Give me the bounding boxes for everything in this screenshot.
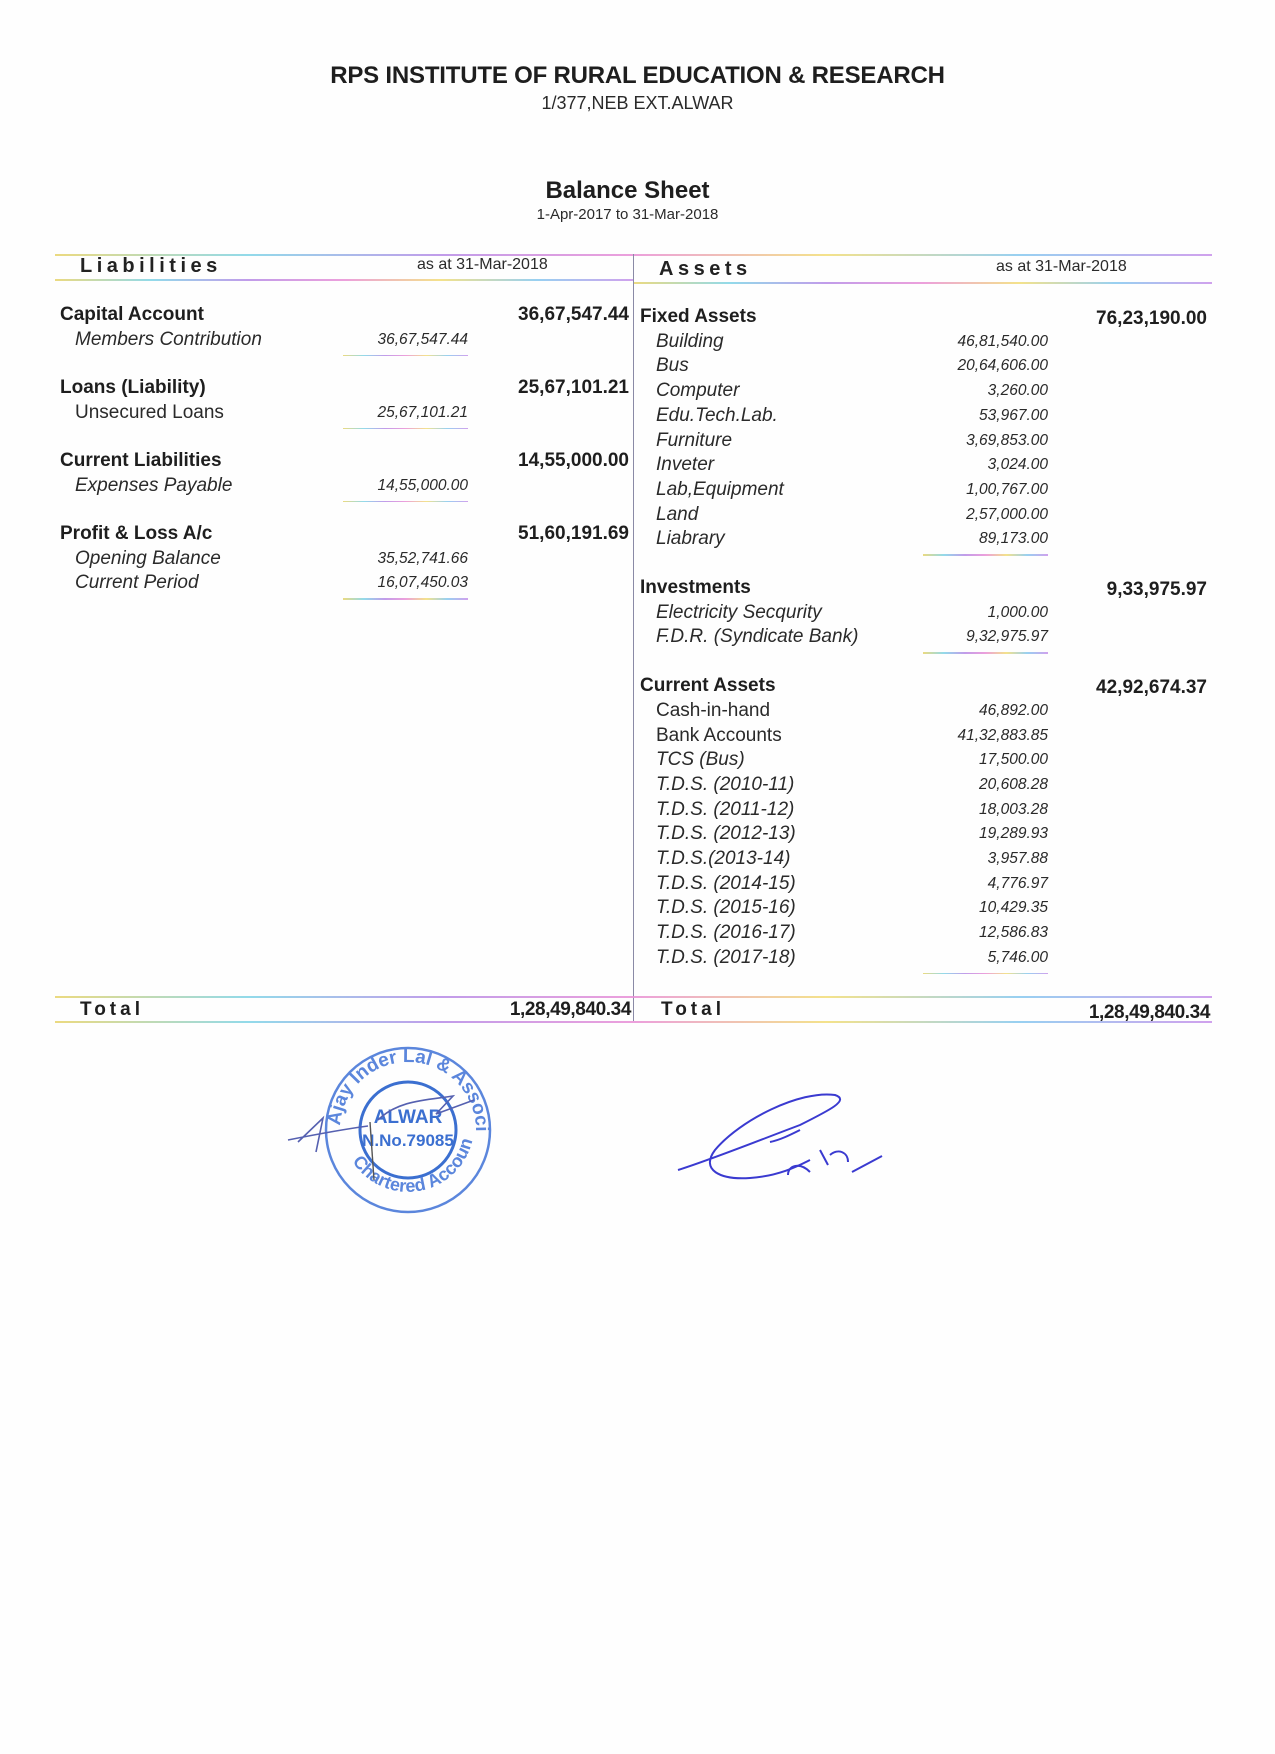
stamp-city: ALWAR xyxy=(374,1107,443,1128)
assets-item-amount: 46,81,540.00 xyxy=(957,333,1048,351)
assets-item-name: T.D.S. (2015-16) xyxy=(656,897,796,919)
assets-item-amount: 89,173.00 xyxy=(979,530,1048,548)
liabilities-item-name: Current Period xyxy=(75,572,199,594)
assets-item-amount: 3,024.00 xyxy=(988,456,1048,474)
signature xyxy=(670,1080,890,1190)
total-bottom-rule xyxy=(55,1021,1212,1023)
assets-item-amount: 46,892.00 xyxy=(979,702,1048,720)
assets-total-label: Total xyxy=(661,999,725,1021)
liabilities-subtotal-rule xyxy=(343,428,468,430)
assets-group-amount: 76,23,190.00 xyxy=(1096,308,1207,330)
assets-group-name: Investments xyxy=(640,577,751,599)
liabilities-group-amount: 14,55,000.00 xyxy=(518,450,629,472)
assets-item-name: Electricity Secqurity xyxy=(656,602,822,624)
assets-item-name: T.D.S. (2010-11) xyxy=(656,774,794,796)
assets-item-amount: 5,746.00 xyxy=(988,949,1048,967)
liabilities-item-amount: 14,55,000.00 xyxy=(377,477,468,495)
liabilities-subtotal-rule xyxy=(343,501,468,503)
column-divider xyxy=(633,254,634,1021)
assets-item-name: Bank Accounts xyxy=(656,725,782,747)
assets-item-name: Edu.Tech.Lab. xyxy=(656,405,778,427)
document-period: 1-Apr-2017 to 31-Mar-2018 xyxy=(0,206,1255,223)
assets-item-amount: 9,32,975.97 xyxy=(966,628,1048,646)
assets-item-name: T.D.S. (2017-18) xyxy=(656,947,796,969)
assets-item-name: T.D.S. (2012-13) xyxy=(656,823,796,845)
assets-item-name: T.D.S. (2016-17) xyxy=(656,922,796,944)
organization-name: RPS INSTITUTE OF RURAL EDUCATION & RESEA… xyxy=(0,62,1275,90)
assets-item-name: F.D.R. (Syndicate Bank) xyxy=(656,626,858,648)
liabilities-item-amount: 35,52,741.66 xyxy=(377,550,468,568)
auditor-stamp: Ajay Inder Lal & Associates Chartered Ac… xyxy=(278,1030,538,1220)
assets-item-amount: 20,64,606.00 xyxy=(957,357,1048,375)
organization-address: 1/377,NEB EXT.ALWAR xyxy=(0,93,1275,114)
assets-group-name: Fixed Assets xyxy=(640,306,757,328)
assets-item-amount: 19,289.93 xyxy=(979,825,1048,843)
assets-item-name: Bus xyxy=(656,355,689,377)
assets-item-name: Inveter xyxy=(656,454,714,476)
assets-item-amount: 3,69,853.00 xyxy=(966,432,1048,450)
liabilities-item-name: Opening Balance xyxy=(75,548,221,570)
liabilities-group-name: Loans (Liability) xyxy=(60,377,206,399)
assets-total-amount: 1,28,49,840.34 xyxy=(1089,1002,1210,1024)
assets-item-amount: 4,776.97 xyxy=(988,875,1048,893)
liabilities-heading: Liabilities xyxy=(80,255,222,278)
assets-item-name: T.D.S. (2011-12) xyxy=(656,799,794,821)
assets-subtotal-rule xyxy=(923,554,1048,556)
liabilities-item-amount: 16,07,450.03 xyxy=(377,574,468,592)
liabilities-group-amount: 51,60,191.69 xyxy=(518,523,629,545)
assets-item-name: TCS (Bus) xyxy=(656,749,745,771)
liabilities-group-amount: 36,67,547.44 xyxy=(518,304,629,326)
assets-item-name: Building xyxy=(656,331,724,353)
liabilities-subtotal-rule xyxy=(343,598,468,600)
assets-item-amount: 3,957.88 xyxy=(988,850,1048,868)
assets-subtotal-rule xyxy=(923,973,1048,975)
assets-item-name: Liabrary xyxy=(656,528,725,550)
stamp-member-no: N.No.79085 xyxy=(362,1131,454,1150)
assets-group-name: Current Assets xyxy=(640,675,776,697)
assets-item-name: Computer xyxy=(656,380,739,402)
assets-heading: Assets xyxy=(659,258,752,281)
assets-item-amount: 17,500.00 xyxy=(979,751,1048,769)
liabilities-total-label: Total xyxy=(80,999,144,1021)
assets-subtotal-rule xyxy=(923,652,1048,654)
assets-item-name: Lab,Equipment xyxy=(656,479,784,501)
liabilities-group-amount: 25,67,101.21 xyxy=(518,377,629,399)
liabilities-item-name: Expenses Payable xyxy=(75,475,232,497)
assets-item-name: T.D.S. (2014-15) xyxy=(656,873,796,895)
assets-item-name: Furniture xyxy=(656,430,732,452)
assets-group-amount: 9,33,975.97 xyxy=(1107,579,1207,601)
assets-item-amount: 3,260.00 xyxy=(988,382,1048,400)
assets-item-amount: 20,608.28 xyxy=(979,776,1048,794)
liabilities-item-amount: 36,67,547.44 xyxy=(377,331,468,349)
assets-group-amount: 42,92,674.37 xyxy=(1096,677,1207,699)
header-bottom-rule-right xyxy=(633,282,1212,284)
liabilities-subtotal-rule xyxy=(343,355,468,357)
assets-item-amount: 1,000.00 xyxy=(988,604,1048,622)
assets-item-amount: 41,32,883.85 xyxy=(957,727,1048,745)
liabilities-date-heading: as at 31-Mar-2018 xyxy=(417,256,548,274)
liabilities-group-name: Current Liabilities xyxy=(60,450,222,472)
assets-item-amount: 18,003.28 xyxy=(979,801,1048,819)
assets-item-name: T.D.S.(2013-14) xyxy=(656,848,790,870)
assets-item-amount: 12,586.83 xyxy=(979,924,1048,942)
total-top-rule xyxy=(55,996,1212,998)
liabilities-group-name: Capital Account xyxy=(60,304,204,326)
assets-item-amount: 2,57,000.00 xyxy=(966,506,1048,524)
assets-item-amount: 10,429.35 xyxy=(979,899,1048,917)
assets-item-amount: 1,00,767.00 xyxy=(966,481,1048,499)
liabilities-item-amount: 25,67,101.21 xyxy=(377,404,468,422)
assets-date-heading: as at 31-Mar-2018 xyxy=(996,258,1127,276)
assets-item-name: Cash-in-hand xyxy=(656,700,770,722)
document-title: Balance Sheet xyxy=(0,177,1255,205)
assets-item-name: Land xyxy=(656,504,698,526)
liabilities-item-name: Unsecured Loans xyxy=(75,402,224,424)
liabilities-item-name: Members Contribution xyxy=(75,329,262,351)
liabilities-group-name: Profit & Loss A/c xyxy=(60,523,212,545)
assets-item-amount: 53,967.00 xyxy=(979,407,1048,425)
header-bottom-rule-left xyxy=(55,279,633,281)
liabilities-total-amount: 1,28,49,840.34 xyxy=(510,999,631,1021)
